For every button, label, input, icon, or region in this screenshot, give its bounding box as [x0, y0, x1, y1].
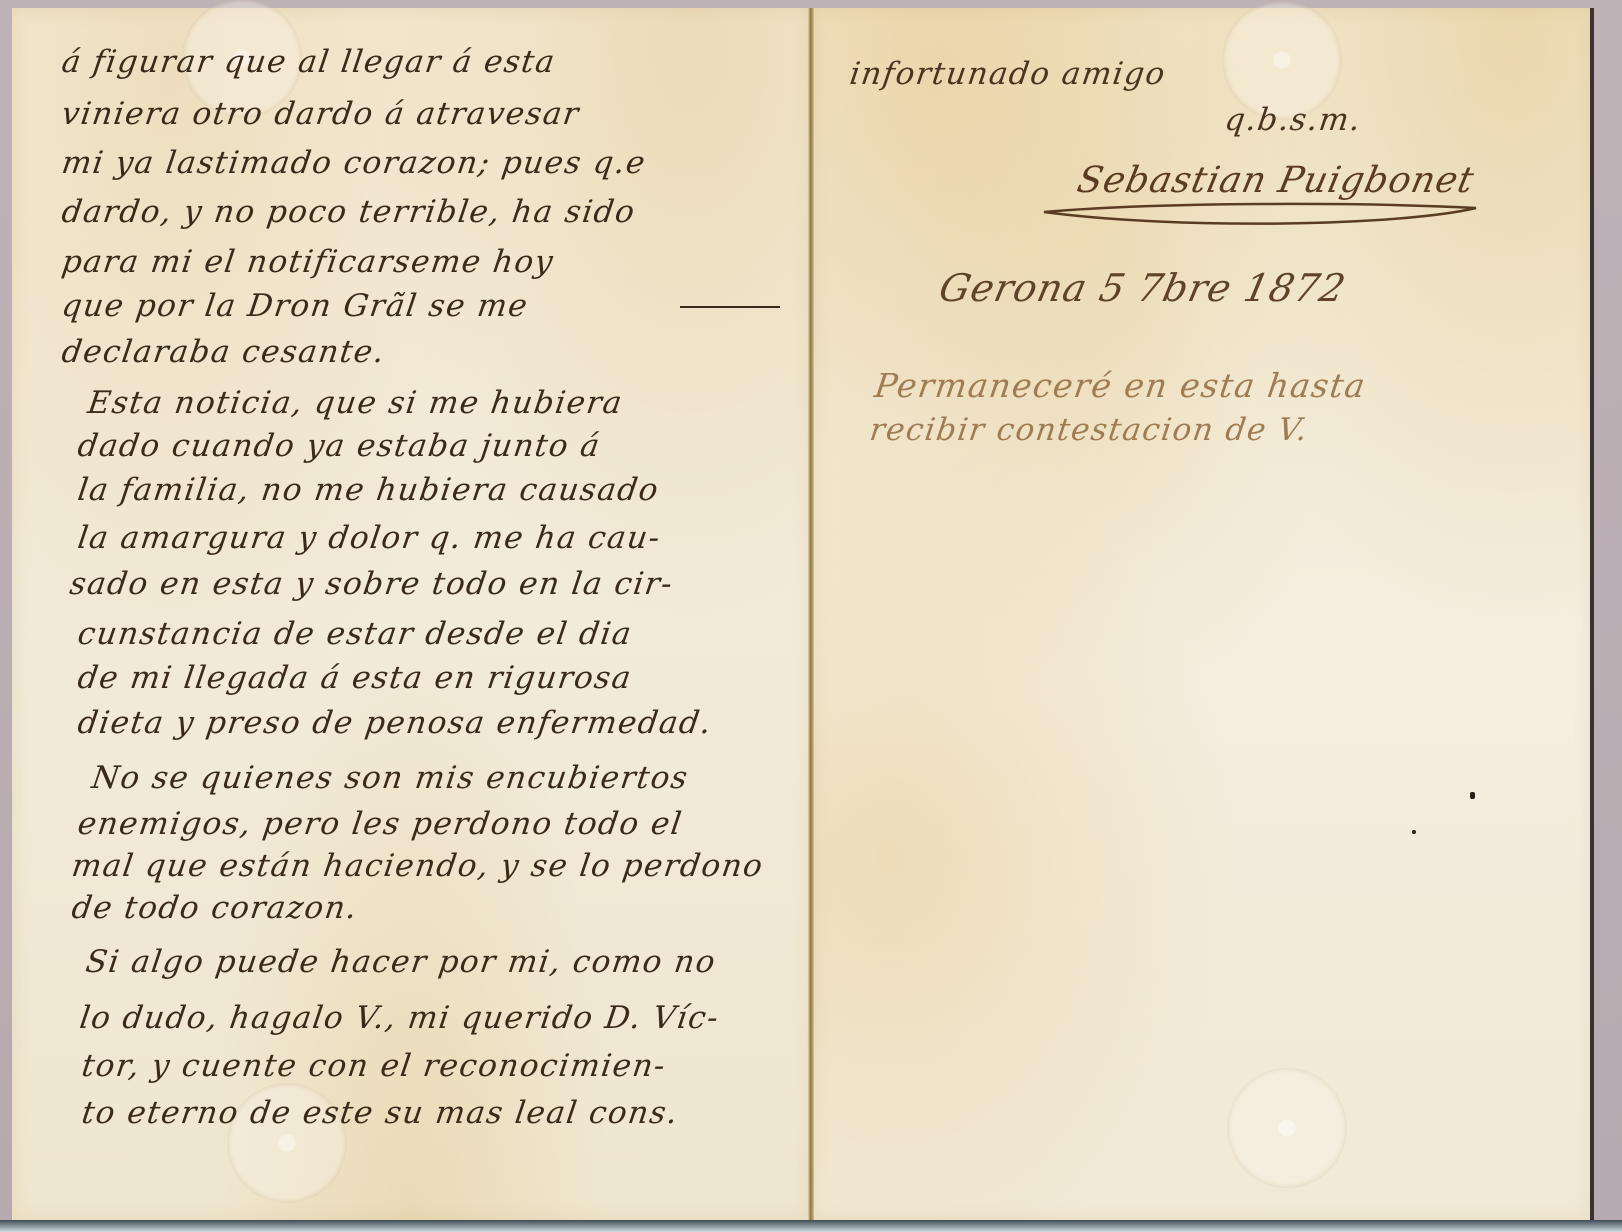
letter-line: No se quienes son mis encubiertos	[89, 760, 691, 796]
letter-line: declaraba cesante.	[59, 334, 387, 370]
letter-line: viniera otro dardo á atravesar	[59, 96, 581, 132]
left-page	[12, 8, 810, 1220]
ink-speck	[1470, 792, 1475, 799]
letter-line: de mi llegada á esta en rigurosa	[75, 660, 634, 696]
closing-abbreviation: q.b.s.m.	[1222, 102, 1363, 138]
letter-line: sado en esta y sobre todo en la cir-	[67, 566, 675, 602]
letter-line: mal que están haciendo, y se lo perdono	[69, 848, 766, 884]
letter-line: de todo corazon.	[69, 890, 360, 926]
letter-line: á figurar que al llegar á esta	[59, 44, 558, 80]
letter-line: Si algo puede hacer por mi, como no	[83, 944, 718, 980]
letter-line: mi ya lastimado corazon; pues q.e	[59, 145, 648, 181]
postscript-line: recibir contestacion de V.	[867, 412, 1310, 448]
signature: Sebastian Puigbonet	[1074, 160, 1478, 201]
page-edge	[1590, 8, 1594, 1220]
letter-line: lo dudo, hagalo V., mi querido D. Víc-	[77, 1000, 721, 1036]
letter-line: enemigos, pero les perdono todo el	[75, 806, 684, 842]
scan-bottom-border	[0, 1220, 1622, 1232]
closing-line: infortunado amigo	[847, 56, 1168, 92]
signature-flourish	[1040, 200, 1480, 234]
dateline: Gerona 5 7bre 1872	[935, 266, 1350, 310]
letter-line: dado cuando ya estaba junto á	[75, 428, 603, 464]
letter-line: Esta noticia, que si me hubiera	[85, 385, 625, 421]
embossed-seal-bottom	[1227, 1068, 1347, 1188]
page-fold	[808, 8, 814, 1220]
letter-line: to eterno de este su mas leal cons.	[79, 1095, 681, 1131]
postscript-line: Permaneceré en esta hasta	[872, 366, 1369, 405]
letter-line: tor, y cuente con el reconocimien-	[79, 1048, 668, 1084]
letter-line: cunstancia de estar desde el dia	[75, 616, 634, 652]
letter-line: que por la Dron Grãl se me	[59, 288, 530, 324]
letter-line: la familia, no me hubiera causado	[75, 472, 661, 508]
line-end-flourish	[680, 306, 780, 308]
letter-line: la amargura y dolor q. me ha cau-	[75, 520, 663, 556]
letter-line: dardo, y no poco terrible, ha sido	[59, 194, 637, 230]
ink-speck	[1412, 830, 1416, 834]
letter-line: dieta y preso de penosa enfermedad.	[75, 705, 714, 741]
letter-line: para mi el notificarseme hoy	[59, 244, 556, 280]
